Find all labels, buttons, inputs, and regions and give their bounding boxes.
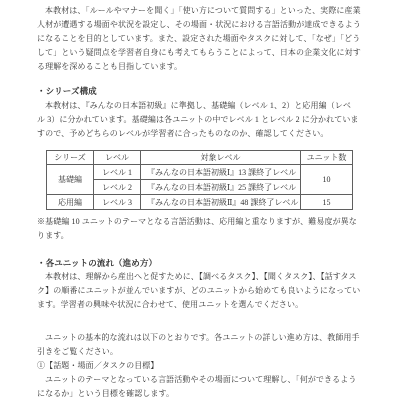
text-line: ユニットのテーマとなっている言語活動やその場面について理解し、「何ができるよう <box>37 373 364 387</box>
cell-level-2: レベル 2 <box>94 180 141 195</box>
table-header-series: シリーズ <box>47 151 94 165</box>
series-structure-paragraph: 本教材は、『みんなの日本語初級』に準拠し、基礎編（レベル 1、2）と応用編（レベ… <box>37 99 364 141</box>
text-line: して」という疑問点を学習者自身にも考えてもらうことによって、日本の企業文化に対す <box>37 46 364 60</box>
text-line: ※基礎編 10 ユニットのテーマとなる言語活動は、応用編と重なりますが、難易度が… <box>37 215 364 229</box>
document-page: 本教材は、「ルールやマナーを聞く」「使い方について質問する」といった、実際に産業… <box>0 0 400 400</box>
cell-units-basic: 10 <box>301 165 353 195</box>
series-structure-heading: ・シリーズ構成 <box>37 84 364 98</box>
step1-label: ①【話題・場面／タスクの目標】 <box>37 359 364 373</box>
cell-target-level-2: 『みんなの日本語初級Ⅰ』25 課終了レベル <box>141 180 301 195</box>
table-header-level: レベル <box>94 151 141 165</box>
text-line: る理解を深めることも目指しています。 <box>37 60 364 74</box>
table-row: 基礎編 レベル 1 『みんなの日本語初級Ⅰ』13 課終了レベル 10 <box>47 165 353 180</box>
unit-flow-heading: ・各ユニットの流れ（進め方） <box>37 256 364 270</box>
text-line: ユニットの基本的な流れは以下のとおりです。各ユニットの詳しい進め方は、教師用手 <box>37 331 364 345</box>
table-header-target: 対象レベル <box>141 151 301 165</box>
text-line: 人材が遭遇する場面や状況を設定し、その場面・状況における言語活動が達成できるよう <box>37 18 364 32</box>
cell-series-applied: 応用編 <box>47 195 94 210</box>
text-line: ル 3）に分かれています。基礎編は各ユニットの中でレベル 1 とレベル 2 に分… <box>37 113 364 127</box>
text-line: ク】の順番にユニットが並んでいますが、どのユニットから始めても良いようになってい <box>37 284 364 298</box>
cell-target-level-1: 『みんなの日本語初級Ⅰ』13 課終了レベル <box>141 165 301 180</box>
text-line: ります。 <box>37 229 364 243</box>
unit-flow-paragraph: 本教材は、理解から産出へと促すために、【調べるタスク】、【聞くタスク】、【話すタ… <box>37 270 364 312</box>
text-line: すので、予めどちらのレベルが学習者に合ったものなのか、確認してください。 <box>37 127 364 141</box>
table-header-row: シリーズ レベル 対象レベル ユニット数 <box>47 151 353 165</box>
table-note: ※基礎編 10 ユニットのテーマとなる言語活動は、応用編と重なりますが、難易度が… <box>37 215 364 243</box>
text-line: 引きをご覧ください。 <box>37 345 364 359</box>
text-line: 本教材は、『みんなの日本語初級』に準拠し、基礎編（レベル 1、2）と応用編（レベ <box>37 99 364 113</box>
table-row: 応用編 レベル 3 『みんなの日本語初級Ⅱ』48 課終了レベル 15 <box>47 195 353 210</box>
step1-paragraph: ユニットのテーマとなっている言語活動やその場面について理解し、「何ができるように… <box>37 373 364 400</box>
cell-level-1: レベル 1 <box>94 165 141 180</box>
series-level-table: シリーズ レベル 対象レベル ユニット数 基礎編 レベル 1 『みんなの日本語初… <box>46 150 353 210</box>
text-line: になることを目的としています。また、設定された場面やタスクに対して、「なぜ」「ど… <box>37 32 364 46</box>
text-line: になるか」という目標を確認します。 <box>37 387 364 400</box>
basic-flow-paragraph: ユニットの基本的な流れは以下のとおりです。各ユニットの詳しい進め方は、教師用手引… <box>37 331 364 359</box>
intro-paragraph: 本教材は、「ルールやマナーを聞く」「使い方について質問する」といった、実際に産業… <box>37 4 364 74</box>
cell-level-3: レベル 3 <box>94 195 141 210</box>
text-line: 本教材は、理解から産出へと促すために、【調べるタスク】、【聞くタスク】、【話すタ… <box>37 270 364 284</box>
text-line: 本教材は、「ルールやマナーを聞く」「使い方について質問する」といった、実際に産業 <box>37 4 364 18</box>
table-header-units: ユニット数 <box>301 151 353 165</box>
cell-target-level-3: 『みんなの日本語初級Ⅱ』48 課終了レベル <box>141 195 301 210</box>
cell-units-applied: 15 <box>301 195 353 210</box>
text-line: ます。学習者の興味や状況に合わせて、使用ユニットを選んでください。 <box>37 298 364 312</box>
cell-series-basic: 基礎編 <box>47 165 94 195</box>
